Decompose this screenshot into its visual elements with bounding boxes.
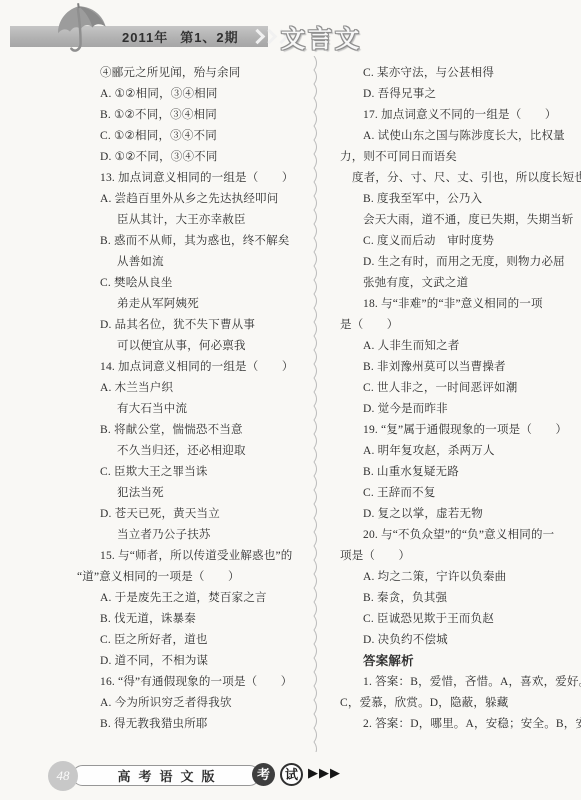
text-line: 有大石当中流 [77, 399, 313, 420]
text-line: A. 于是废先王之道，焚百家之言 [77, 588, 313, 609]
text-line: 1. 答案：B，爱惜，吝惜。A，喜欢，爱好。 [340, 672, 581, 693]
text-line: 答案解析 [340, 651, 581, 672]
section-title: 文言文 [281, 19, 362, 54]
exam-page: 2011年 第1、2期 文言文 ④郦元之所见闻，殆与余同A. ①②相同，③④相同… [0, 0, 581, 800]
text-line: D. 道不同，不相为谋 [77, 651, 313, 672]
text-line: C. 臣之所好者，道也 [77, 630, 313, 651]
text-line: 张弛有度，文武之道 [340, 273, 581, 294]
text-line: D. 复之以掌，虚若无物 [340, 504, 581, 525]
text-line: A. ①②相同，③④相同 [77, 84, 313, 105]
text-line: D. ①②不同，③④不同 [77, 147, 313, 168]
arrows-icon: ▶▶▶ [308, 766, 341, 781]
text-line: A. 明年复攻赵，杀两万人 [340, 441, 581, 462]
text-line: 19. “复”属于通假现象的一项是（ ） [340, 420, 581, 441]
text-line: A. 今为所识穷乏者得我欤 [77, 693, 313, 714]
column-divider-path [314, 56, 317, 752]
text-line: C. 樊哙从良坐 [77, 273, 313, 294]
text-line: “道”意义相同的一项是（ ） [77, 567, 313, 588]
text-line: 不久当归还，还必相迎取 [77, 441, 313, 462]
text-line: 力，则不可同日而语矣 [340, 147, 581, 168]
header-bar: 2011年 第1、2期 [10, 26, 268, 47]
text-line: B. 伐无道，诛暴秦 [77, 609, 313, 630]
text-line: C. 度义而后动 审时度势 [340, 231, 581, 252]
text-line: 会天大雨，道不通，度已失期，失期当斩 [340, 210, 581, 231]
text-line: 17. 加点词意义不同的一组是（ ） [340, 105, 581, 126]
text-line: C. 世人非之，一时间恶评如潮 [340, 378, 581, 399]
text-line: B. ①②不同，③④相同 [77, 105, 313, 126]
text-line: A. 试使山东之国与陈涉度长大，比权量 [340, 126, 581, 147]
text-line: D. 决负约不偿城 [340, 630, 581, 651]
text-line: 可以便宜从事，何必禀我 [77, 336, 313, 357]
footer-brand: 高考语文版 [109, 766, 222, 785]
text-line: 15. 与“师者，所以传道受业解惑也”的 [77, 546, 313, 567]
page-number-badge: 48 [48, 761, 78, 791]
header-issue: 第1、2期 [180, 27, 238, 46]
header-year: 2011年 [122, 27, 168, 46]
text-line: B. 非刘豫州莫可以当曹操者 [340, 357, 581, 378]
text-line: C，爱慕，欣赏。D，隐蔽，躲藏 [340, 693, 581, 714]
footer-bar: 高考语文版 [72, 765, 260, 786]
text-line: B. 山重水复疑无路 [340, 462, 581, 483]
text-line: A. 尝趋百里外从乡之先达执经叩问 [77, 189, 313, 210]
text-line: A. 木兰当户织 [77, 378, 313, 399]
text-line: 臣从其计，大王亦幸赦臣 [77, 210, 313, 231]
umbrella-icon [51, 0, 113, 63]
text-line: 20. 与“不负众望”的“负”意义相同的一 [340, 525, 581, 546]
text-line: B. 度我至军中，公乃入 [340, 189, 581, 210]
text-line: 14. 加点词意义相同的一组是（ ） [77, 357, 313, 378]
text-line: 项是（ ） [340, 546, 581, 567]
text-line: 2. 答案：D，哪里。A，安稳；安全。B，安 [340, 714, 581, 735]
text-line: ④郦元之所见闻，殆与余同 [77, 63, 313, 84]
text-line: D. 吾得兄事之 [340, 84, 581, 105]
text-line: A. 人非生而知之者 [340, 336, 581, 357]
text-line: B. 将献公堂，惴惴恐不当意 [77, 420, 313, 441]
text-line: C. 臣欺大王之罪当诛 [77, 462, 313, 483]
text-line: 当立者乃公子扶苏 [77, 525, 313, 546]
shi-badge: 试 [280, 763, 303, 786]
text-line: B. 秦贪，负其强 [340, 588, 581, 609]
text-line: B. 惑而不从师，其为惑也，终不解矣 [77, 231, 313, 252]
text-line: A. 均之二策，宁许以负秦曲 [340, 567, 581, 588]
text-line: B. 得无教我猎虫所耶 [77, 714, 313, 735]
text-line: D. 生之有时，而用之无度，则物力必屈 [340, 252, 581, 273]
kao-badge: 考 [252, 763, 275, 786]
text-line: 从善如流 [77, 252, 313, 273]
text-line: C. 臣诚恐见欺于王而负赵 [340, 609, 581, 630]
text-line: 是（ ） [340, 315, 581, 336]
text-line: C. ①②相同，③④不同 [77, 126, 313, 147]
text-line: D. 品其名位，犹不失下曹从事 [77, 315, 313, 336]
text-line: 弟走从军阿姨死 [77, 294, 313, 315]
text-line: D. 觉今是而昨非 [340, 399, 581, 420]
left-column: ④郦元之所见闻，殆与余同A. ①②相同，③④相同B. ①②不同，③④相同C. ①… [77, 63, 313, 735]
text-line: 16. “得”有通假现象的一项是（ ） [77, 672, 313, 693]
text-line: 度者，分、寸、尺、丈、引也，所以度长短也 [340, 168, 581, 189]
text-line: C. 王辞而不复 [340, 483, 581, 504]
text-line: D. 苍天已死，黄天当立 [77, 504, 313, 525]
text-line: 18. 与“非难”的“非”意义相同的一项 [340, 294, 581, 315]
right-column: C. 某亦守法，与公甚相得D. 吾得兄事之17. 加点词意义不同的一组是（ ）A… [340, 63, 581, 735]
text-line: C. 某亦守法，与公甚相得 [340, 63, 581, 84]
text-line: 犯法当死 [77, 483, 313, 504]
text-line: 13. 加点词意义相同的一组是（ ） [77, 168, 313, 189]
